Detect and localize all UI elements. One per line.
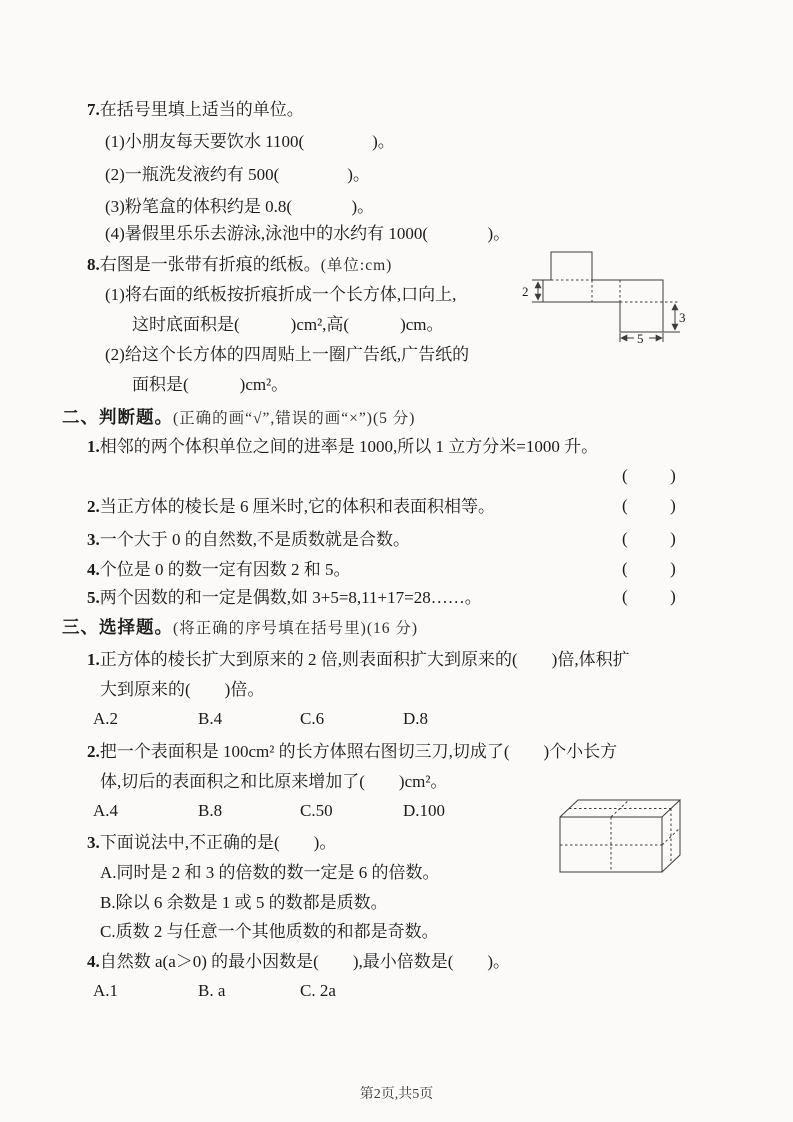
q7-item-2: (2)一瓶洗发液约有 500( )。 [105,164,370,185]
section2-title: 二、判断题。 [62,407,173,427]
judge-item-5: 5.两个因数的和一定是偶数,如 3+5=8,11+17=28……。 [87,587,482,608]
choice-q4-option-b: B. a [198,981,225,1001]
net-dim-width-label: 5 [637,331,644,346]
q8-unit-note: (单位:cm) [321,257,393,274]
choice-q1-line1: 1.正方体的棱长扩大到原来的 2 倍,则表面积扩大到原来的( )倍,体积扩 [87,649,630,670]
q8-line-3: (2)给这个长方体的四周贴上一圈广告纸,广告纸的 [105,344,469,365]
choice-q4-option-c: C. 2a [300,981,336,1001]
choice-q1-option-b: B.4 [198,709,222,729]
judge-4-answer-bracket: ( ) [622,559,676,579]
judge-item-1: 1.相邻的两个体积单位之间的进率是 1000,所以 1 立方分米=1000 升。 [87,436,598,457]
judge-5-number: 5. [87,588,100,607]
judge-2-text: 当正方体的棱长是 6 厘米时,它的体积和表面积相等。 [100,497,495,516]
section2-heading: 二、判断题。(正确的画“√”,错误的画“×”)(5 分) [62,407,415,429]
q7-item-1: (1)小朋友每天要饮水 1100( )。 [105,131,395,152]
q7-item-4: (4)暑假里乐乐去游泳,泳池中的水约有 1000( )。 [105,223,510,244]
choice-q2-option-c: C.50 [300,801,333,821]
q7-number: 7. [87,100,100,119]
choice-q1-line2: 大到原来的( )倍。 [100,679,264,700]
choice-q3-line1: 3.下面说法中,不正确的是( )。 [87,832,336,853]
judge-4-number: 4. [87,560,100,579]
choice-q2-line1: 2.把一个表面积是 100cm² 的长方体照右图切三刀,切成了( )个小长方 [87,741,617,762]
section3-title: 三、选择题。 [62,617,173,637]
section3-heading: 三、选择题。(将正确的序号填在括号里)(16 分) [62,617,418,639]
choice-q2-number: 2. [87,742,100,761]
judge-3-text: 一个大于 0 的自然数,不是质数就是合数。 [100,530,410,549]
q8-title-text: 右图是一张带有折痕的纸板。 [100,255,321,274]
exam-page: 7.在括号里填上适当的单位。 (1)小朋友每天要饮水 1100( )。 (2)一… [0,0,793,1122]
cut-cuboid-diagram [556,795,688,879]
judge-1-number: 1. [87,437,100,456]
q8-line-1: (1)将右面的纸板按折痕折成一个长方体,口向上, [105,284,456,305]
judge-3-number: 3. [87,530,100,549]
judge-2-number: 2. [87,497,100,516]
choice-q2-line2: 体,切后的表面积之和比原来增加了( )cm²。 [100,771,447,792]
choice-q1-option-d: D.8 [403,709,428,729]
q7-title-text: 在括号里填上适当的单位。 [100,100,304,119]
judge-5-answer-bracket: ( ) [622,587,676,607]
section3-note: (将正确的序号填在括号里)(16 分) [173,620,418,637]
judge-5-text: 两个因数的和一定是偶数,如 3+5=8,11+17=28……。 [100,588,482,607]
judge-1-text: 相邻的两个体积单位之间的进率是 1000,所以 1 立方分米=1000 升。 [100,437,598,456]
choice-q2-text1: 把一个表面积是 100cm² 的长方体照右图切三刀,切成了( )个小长方 [100,742,617,761]
choice-q2-option-a: A.4 [93,801,118,821]
choice-q1-text1: 正方体的棱长扩大到原来的 2 倍,则表面积扩大到原来的( )倍,体积扩 [100,650,630,669]
choice-q3-option-a: A.同时是 2 和 3 的倍数的数一定是 6 的倍数。 [100,862,440,883]
judge-1-answer-bracket: ( ) [622,466,676,486]
judge-4-text: 个位是 0 的数一定有因数 2 和 5。 [100,560,351,579]
choice-q1-option-a: A.2 [93,709,118,729]
judge-item-4: 4.个位是 0 的数一定有因数 2 和 5。 [87,559,351,580]
choice-q4-line1: 4.自然数 a(a＞0) 的最小因数是( ),最小倍数是( )。 [87,951,510,972]
net-dim-height-label: 3 [679,310,686,325]
q8-line-2: 这时底面积是( )cm²,高( )cm。 [132,314,444,335]
cardboard-net-diagram: 2 3 5 [520,245,698,353]
choice-q3-option-b: B.除以 6 余数是 1 或 5 的数都是质数。 [100,892,388,913]
choice-q3-number: 3. [87,833,100,852]
page-footer: 第2页,共5页 [0,1083,793,1103]
choice-q3-option-c: C.质数 2 与任意一个其他质数的和都是奇数。 [100,921,439,942]
q8-line-4: 面积是( )cm²。 [132,374,288,395]
judge-2-answer-bracket: ( ) [622,496,676,516]
q8-title: 8.右图是一张带有折痕的纸板。(单位:cm) [87,254,392,275]
choice-q4-option-a: A.1 [93,981,118,1001]
choice-q2-option-b: B.8 [198,801,222,821]
choice-q1-option-c: C.6 [300,709,324,729]
choice-q3-text1: 下面说法中,不正确的是( )。 [100,833,337,852]
choice-q1-number: 1. [87,650,100,669]
q7-item-3: (3)粉笔盒的体积约是 0.8( )。 [105,196,374,217]
q8-number: 8. [87,255,100,274]
judge-item-2: 2.当正方体的棱长是 6 厘米时,它的体积和表面积相等。 [87,496,495,517]
judge-item-3: 3.一个大于 0 的自然数,不是质数就是合数。 [87,529,410,550]
choice-q4-text1: 自然数 a(a＞0) 的最小因数是( ),最小倍数是( )。 [100,952,510,971]
choice-q2-option-d: D.100 [403,801,445,821]
q7-title: 7.在括号里填上适当的单位。 [87,99,304,120]
choice-q4-number: 4. [87,952,100,971]
section2-note: (正确的画“√”,错误的画“×”)(5 分) [173,410,415,427]
net-dim-depth-label: 2 [522,284,529,299]
judge-3-answer-bracket: ( ) [622,529,676,549]
